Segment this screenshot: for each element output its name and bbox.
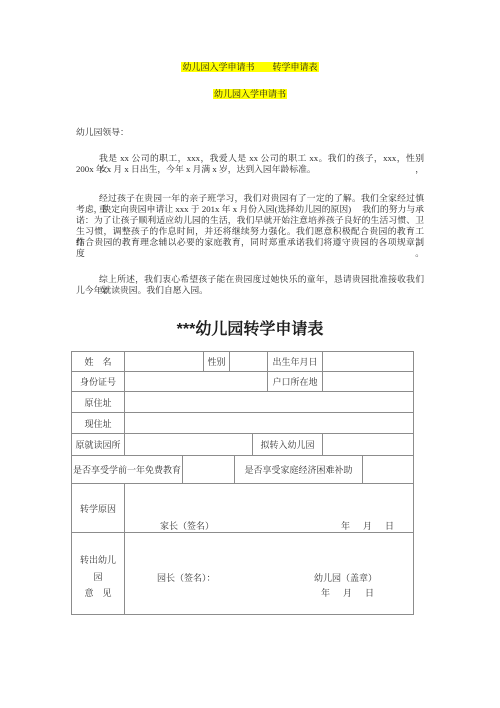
id-number-value-cell: [125, 372, 268, 392]
free-preschool-education-label: 是否享受学前一年免费教育: [72, 456, 183, 484]
original-kindergarten-value-cell: [125, 434, 253, 456]
original-kindergarten-label: 原就读园所: [72, 434, 125, 456]
transfer-reason-label: 转学原因: [72, 484, 125, 533]
parent-date-label: 年 月 日: [341, 521, 396, 532]
header-line-1: 幼儿园入学申请书 转学申请表: [0, 62, 500, 73]
outgoing-opinion-cell: 园长（签名）： 幼儿园（盖章） 年 月 日: [125, 533, 414, 615]
paragraph-line: 结合贵园的教育理念辅以必要的家庭教育，同时郑重承诺我们将遵守贵园的各项规章制度。: [76, 237, 424, 248]
name-label: 姓 名: [72, 352, 125, 372]
header-title-highlight: 幼儿园入学申请书 转学申请表: [181, 62, 318, 72]
greeting-text: 幼儿园领导：: [76, 127, 424, 138]
transfer-application-table: 姓 名 性别 出生年月日 身份证号 户口所在地 原住址 现住址 原就读园所 拟转…: [71, 351, 414, 615]
paragraph-line: 综上所述，我们衷心希望孩子能在贵园度过她快乐的童年，恳请贵园批准接收我们女: [76, 274, 424, 285]
household-registration-value-cell: [323, 372, 414, 392]
hardship-subsidy-value-cell: [363, 456, 414, 484]
kindergarten-stamp-label: 幼儿园（盖章）: [314, 573, 377, 584]
letter-greeting: 幼儿园领导：: [76, 127, 424, 138]
outgoing-opinion-label-line: 意 见: [72, 588, 124, 599]
form-title: ***幼儿园转学申请表: [0, 319, 500, 341]
name-value-cell: [125, 352, 204, 372]
target-kindergarten-label: 拟转入幼儿园: [253, 434, 323, 456]
paragraph-line: 经过孩子在贵园一年的亲子班学习，我们对贵园有了一定的了解。我们全家经过慎重: [76, 193, 424, 204]
paragraph-line: 儿今年就读贵园。我们自愿入园。: [76, 285, 424, 296]
director-signature-label: 园长（签名）：: [157, 573, 216, 584]
original-address-value-cell: [125, 392, 414, 413]
parent-signature-label: 家长（签名）: [160, 521, 214, 532]
id-number-label: 身份证号: [72, 372, 125, 392]
paragraph-line: 考虑，决定向贵园申请让 xxx 于 201x 年 x 月份入园(选择幼儿园的原因…: [76, 204, 424, 215]
target-kindergarten-value-cell: [323, 434, 414, 456]
birth-date-value-cell: [323, 352, 414, 372]
outgoing-opinion-label: 转出幼儿 园 意 见: [72, 533, 125, 615]
gender-value-cell: [230, 352, 268, 372]
paragraph-line: 我是 xx 公司的职工，xxx，我爱人是 xx 公司的职工 xx。我们的孩子，x…: [76, 153, 424, 164]
letter-paragraph-2: 经过孩子在贵园一年的亲子班学习，我们对贵园有了一定的了解。我们全家经过慎重 考虑…: [76, 193, 424, 248]
header-subtitle-highlight: 幼儿园入学申请书: [213, 89, 287, 99]
outgoing-opinion-label-line: 转出幼儿: [72, 555, 124, 566]
original-address-label: 原住址: [72, 392, 125, 413]
paragraph-line: 生习惯，调整孩子的作息时间，并还将继续努力强化。我们愿意积极配合贵园的教育工作，: [76, 226, 424, 237]
free-preschool-education-value-cell: [183, 456, 235, 484]
household-registration-label: 户口所在地: [268, 372, 323, 392]
letter-paragraph-3: 综上所述，我们衷心希望孩子能在贵园度过她快乐的童年，恳请贵园批准接收我们女 儿今…: [76, 274, 424, 296]
letter-paragraph-1: 我是 xx 公司的职工，xxx，我爱人是 xx 公司的职工 xx。我们的孩子，x…: [76, 153, 424, 175]
paragraph-line: 诺：为了让孩子顺利适应幼儿园的生活，我们早就开始注意培养孩子良好的生活习惯、卫: [76, 215, 424, 226]
birth-date-label: 出生年月日: [268, 352, 323, 372]
current-address-label: 现住址: [72, 413, 125, 434]
outgoing-opinion-label-line: 园: [72, 572, 124, 583]
gender-label: 性别: [204, 352, 230, 372]
transfer-reason-cell: 家长（签名） 年 月 日: [125, 484, 414, 533]
opinion-date-label: 年 月 日: [321, 588, 376, 599]
header-line-2: 幼儿园入学申请书: [0, 89, 500, 100]
hardship-subsidy-label: 是否享受家庭经济困难补助: [235, 456, 363, 484]
current-address-value-cell: [125, 413, 414, 434]
